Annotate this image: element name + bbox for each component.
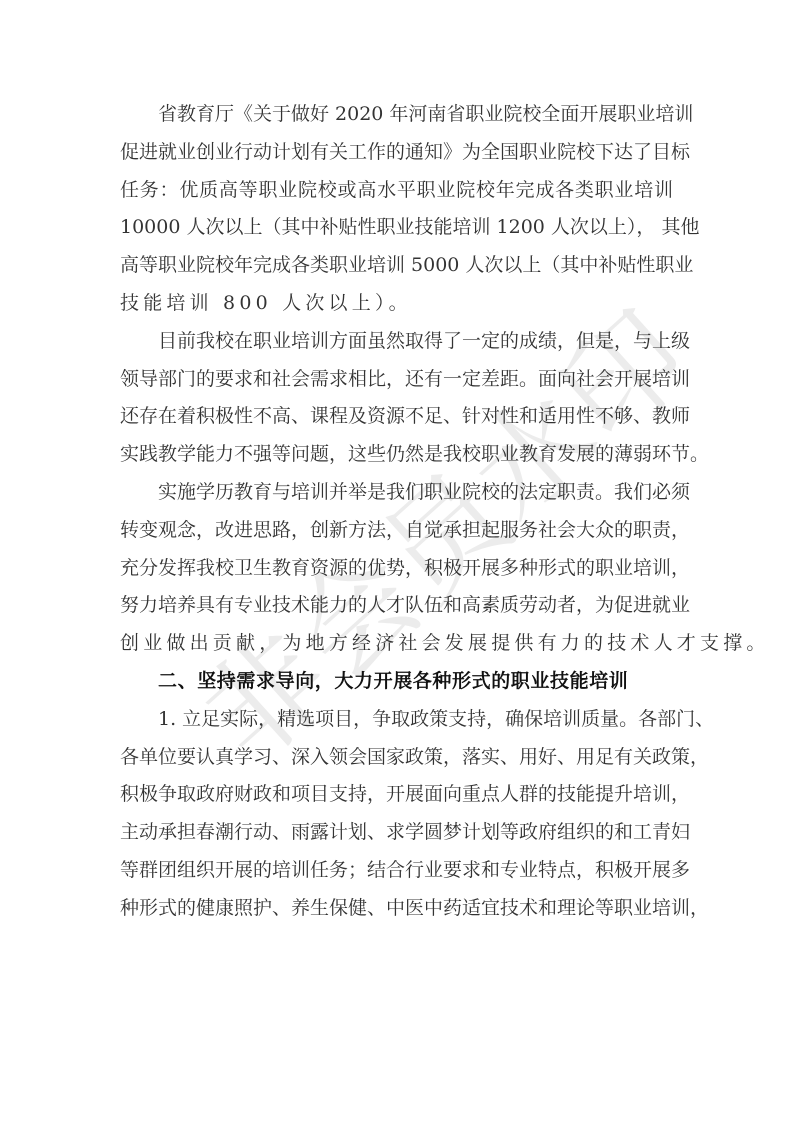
text-line: 10000 人次以上（其中补贴性职业技能培训 1200 人次以上）， 其他 bbox=[120, 209, 673, 247]
document-page: 非会员水印 省教育厅《关于做好 2020 年河南省职业院校全面开展职业培训 促进… bbox=[0, 0, 794, 1123]
text-line: 目前我校在职业培训方面虽然取得了一定的成绩，但是，与上级 bbox=[120, 323, 673, 361]
text-line: 1. 立足实际，精选项目，争取政策支持，确保培训质量。各部门、 bbox=[120, 701, 673, 739]
paragraph-item-1: 1. 立足实际，精选项目，争取政策支持，确保培训质量。各部门、 各单位要认真学习… bbox=[120, 701, 673, 928]
text-line: 各单位要认真学习、深入领会国家政策，落实、用好、用足有关政策， bbox=[120, 739, 673, 777]
text-line: 种形式的健康照护、养生保健、中医中药适宜技术和理论等职业培训， bbox=[120, 890, 673, 928]
text-line: 充分发挥我校卫生教育资源的优势，积极开展多种形式的职业培训， bbox=[120, 550, 673, 588]
paragraph-current-gaps: 目前我校在职业培训方面虽然取得了一定的成绩，但是，与上级 领导部门的要求和社会需… bbox=[120, 323, 673, 474]
text-line: 转变观念，改进思路，创新方法，自觉承担起服务社会大众的职责， bbox=[120, 512, 673, 550]
text-line: 主动承担春潮行动、雨露计划、求学圆梦计划等政府组织的和工青妇 bbox=[120, 814, 673, 852]
document-body: 省教育厅《关于做好 2020 年河南省职业院校全面开展职业培训 促进就业创业行动… bbox=[120, 96, 673, 928]
text-line: 省教育厅《关于做好 2020 年河南省职业院校全面开展职业培训 bbox=[120, 96, 673, 134]
text-line: 创业做出贡献，为地方经济社会发展提供有力的技术人才支撑。 bbox=[120, 625, 673, 663]
text-line: 促进就业创业行动计划有关工作的通知》为全国职业院校下达了目标 bbox=[120, 134, 673, 172]
text-line: 技能培训 800 人次以上）。 bbox=[120, 285, 673, 323]
paragraph-target-tasks: 省教育厅《关于做好 2020 年河南省职业院校全面开展职业培训 促进就业创业行动… bbox=[120, 96, 673, 323]
paragraph-statutory-duty: 实施学历教育与培训并举是我们职业院校的法定职责。我们必须 转变观念，改进思路，创… bbox=[120, 474, 673, 663]
text-line: 积极争取政府财政和项目支持，开展面向重点人群的技能提升培训， bbox=[120, 776, 673, 814]
text-line: 等群团组织开展的培训任务；结合行业要求和专业特点，积极开展多 bbox=[120, 852, 673, 890]
text-line: 高等职业院校年完成各类职业培训 5000 人次以上（其中补贴性职业 bbox=[120, 247, 673, 285]
text-line: 还存在着积极性不高、课程及资源不足、针对性和适用性不够、教师 bbox=[120, 398, 673, 436]
text-line: 实施学历教育与培训并举是我们职业院校的法定职责。我们必须 bbox=[120, 474, 673, 512]
text-line: 领导部门的要求和社会需求相比，还有一定差距。面向社会开展培训 bbox=[120, 361, 673, 399]
section-heading: 二、坚持需求导向，大力开展各种形式的职业技能培训 bbox=[120, 663, 673, 701]
text-line: 实践教学能力不强等问题，这些仍然是我校职业教育发展的薄弱环节。 bbox=[120, 436, 673, 474]
text-line: 任务：优质高等职业院校或高水平职业院校年完成各类职业培训 bbox=[120, 172, 673, 210]
section-heading-text: 二、坚持需求导向，大力开展各种形式的职业技能培训 bbox=[120, 663, 673, 701]
text-line: 努力培养具有专业技术能力的人才队伍和高素质劳动者，为促进就业 bbox=[120, 587, 673, 625]
